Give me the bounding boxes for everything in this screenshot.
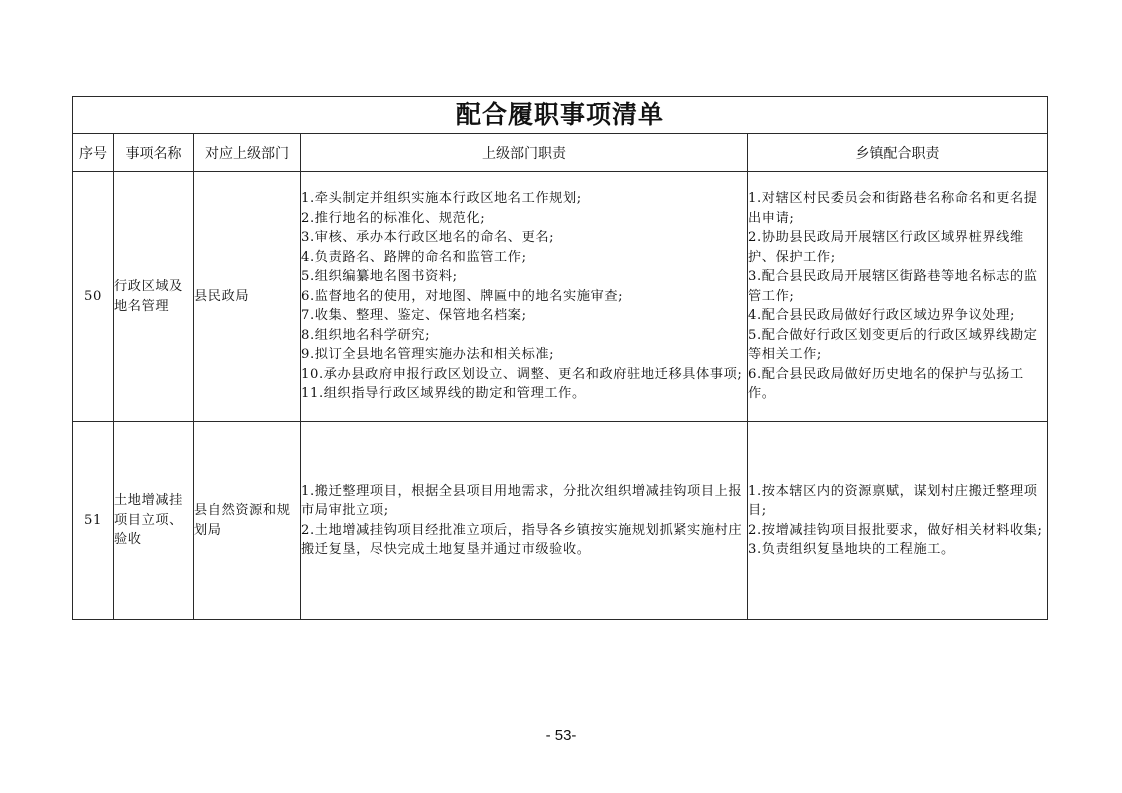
table-row: 51 土地增减挂项目立项、验收 县自然资源和规划局 1.搬迁整理项目，根据全县项…	[73, 422, 1048, 620]
header-department-duties: 上级部门职责	[301, 134, 748, 172]
header-department: 对应上级部门	[194, 134, 301, 172]
duty-item: 1.牵头制定并组织实施本行政区地名工作规划;	[301, 189, 747, 209]
duty-item: 1.按本辖区内的资源禀赋，谋划村庄搬迁整理项目;	[748, 482, 1047, 521]
row-town-duties: 1.对辖区村民委员会和街路巷名称命名和更名提出申请; 2.协助县民政局开展辖区行…	[748, 172, 1048, 422]
duty-item: 9.拟订全县地名管理实施办法和相关标准;	[301, 345, 747, 365]
duty-item: 6.监督地名的使用，对地图、牌匾中的地名实施审查;	[301, 287, 747, 307]
duty-item: 5.配合做好行政区划变更后的行政区域界线勘定等相关工作;	[748, 326, 1047, 365]
duty-item: 2.土地增减挂钩项目经批准立项后，指导各乡镇按实施规划抓紧实施村庄搬迁复垦，尽快…	[301, 521, 747, 560]
document-page: 配合履职事项清单 序号 事项名称 对应上级部门 上级部门职责 乡镇配合职责 50…	[0, 0, 1122, 793]
header-number: 序号	[73, 134, 114, 172]
duty-item: 2.按增减挂钩项目报批要求，做好相关材料收集;	[748, 521, 1047, 541]
duty-item: 2.推行地名的标准化、规范化;	[301, 209, 747, 229]
document-title: 配合履职事项清单	[73, 97, 1048, 134]
row-number: 50	[73, 172, 114, 422]
row-department-duties: 1.牵头制定并组织实施本行政区地名工作规划; 2.推行地名的标准化、规范化; 3…	[301, 172, 748, 422]
duty-item: 7.收集、整理、鉴定、保管地名档案;	[301, 306, 747, 326]
duty-item: 10.承办县政府申报行政区划设立、调整、更名和政府驻地迁移具体事项;	[301, 365, 747, 385]
row-item-name: 土地增减挂项目立项、验收	[114, 422, 194, 620]
title-row: 配合履职事项清单	[73, 97, 1048, 134]
row-department: 县自然资源和规划局	[194, 422, 301, 620]
duty-item: 4.负责路名、路牌的命名和监管工作;	[301, 248, 747, 268]
duty-item: 3.配合县民政局开展辖区街路巷等地名标志的监管工作;	[748, 267, 1047, 306]
row-item-name: 行政区域及地名管理	[114, 172, 194, 422]
duty-item: 11.组织指导行政区域界线的勘定和管理工作。	[301, 384, 747, 404]
duty-item: 1.搬迁整理项目，根据全县项目用地需求，分批次组织增减挂钩项目上报市局审批立项;	[301, 482, 747, 521]
row-number: 51	[73, 422, 114, 620]
duty-item: 6.配合县民政局做好历史地名的保护与弘扬工作。	[748, 365, 1047, 404]
table-row: 50 行政区域及地名管理 县民政局 1.牵头制定并组织实施本行政区地名工作规划;…	[73, 172, 1048, 422]
duty-item: 1.对辖区村民委员会和街路巷名称命名和更名提出申请;	[748, 189, 1047, 228]
duty-item: 4.配合县民政局做好行政区域边界争议处理;	[748, 306, 1047, 326]
page-number: - 53-	[0, 727, 1122, 744]
duty-item: 3.负责组织复垦地块的工程施工。	[748, 540, 1047, 560]
row-town-duties: 1.按本辖区内的资源禀赋，谋划村庄搬迁整理项目; 2.按增减挂钩项目报批要求，做…	[748, 422, 1048, 620]
header-item-name: 事项名称	[114, 134, 194, 172]
row-department: 县民政局	[194, 172, 301, 422]
duty-list-table: 配合履职事项清单 序号 事项名称 对应上级部门 上级部门职责 乡镇配合职责 50…	[72, 96, 1048, 620]
header-row: 序号 事项名称 对应上级部门 上级部门职责 乡镇配合职责	[73, 134, 1048, 172]
duty-item: 5.组织编纂地名图书资料;	[301, 267, 747, 287]
row-department-duties: 1.搬迁整理项目，根据全县项目用地需求，分批次组织增减挂钩项目上报市局审批立项;…	[301, 422, 748, 620]
duty-item: 8.组织地名科学研究;	[301, 326, 747, 346]
duty-item: 3.审核、承办本行政区地名的命名、更名;	[301, 228, 747, 248]
duty-item: 2.协助县民政局开展辖区行政区域界桩界线维护、保护工作;	[748, 228, 1047, 267]
header-town-duties: 乡镇配合职责	[748, 134, 1048, 172]
